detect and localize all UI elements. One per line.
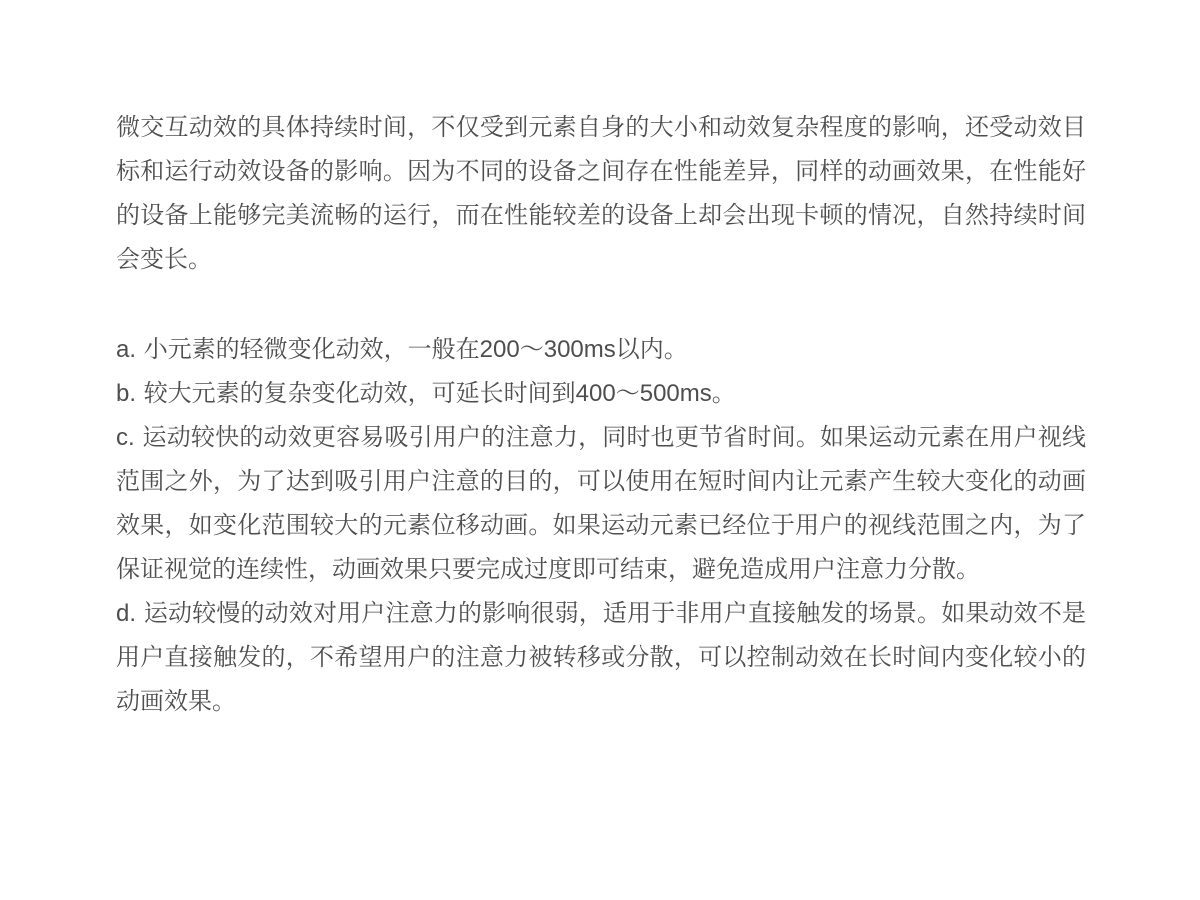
list-item-a-marker: a.	[116, 336, 136, 363]
list-item-d-text: 运动较慢的动效对用户注意力的影响很弱，适用于非用户直接触发的场景。如果动效不是用…	[116, 600, 1086, 715]
list-item-b: b.较大元素的复杂变化动效，可延长时间到400～500ms。	[116, 372, 1086, 416]
list-item-d-marker: d.	[116, 600, 136, 627]
list-item-c: c.运动较快的动效更容易吸引用户的注意力，同时也更节省时间。如果运动元素在用户视…	[116, 416, 1086, 592]
intro-paragraph: 微交互动效的具体持续时间，不仅受到元素自身的大小和动效复杂程度的影响，还受动效目…	[116, 106, 1086, 282]
list-item-b-text: 较大元素的复杂变化动效，可延长时间到400～500ms。	[144, 380, 736, 407]
list-item-d: d.运动较慢的动效对用户注意力的影响很弱，适用于非用户直接触发的场景。如果动效不…	[116, 592, 1086, 724]
list-item-c-marker: c.	[116, 424, 135, 451]
list-item-b-marker: b.	[116, 380, 136, 407]
list-item-c-text: 运动较快的动效更容易吸引用户的注意力，同时也更节省时间。如果运动元素在用户视线范…	[116, 424, 1086, 583]
document-page: 微交互动效的具体持续时间，不仅受到元素自身的大小和动效复杂程度的影响，还受动效目…	[0, 0, 1200, 900]
list-item-a: a.小元素的轻微变化动效，一般在200～300ms以内。	[116, 328, 1086, 372]
duration-guidelines-list: a.小元素的轻微变化动效，一般在200～300ms以内。 b.较大元素的复杂变化…	[116, 328, 1086, 724]
list-item-a-text: 小元素的轻微变化动效，一般在200～300ms以内。	[144, 336, 688, 363]
